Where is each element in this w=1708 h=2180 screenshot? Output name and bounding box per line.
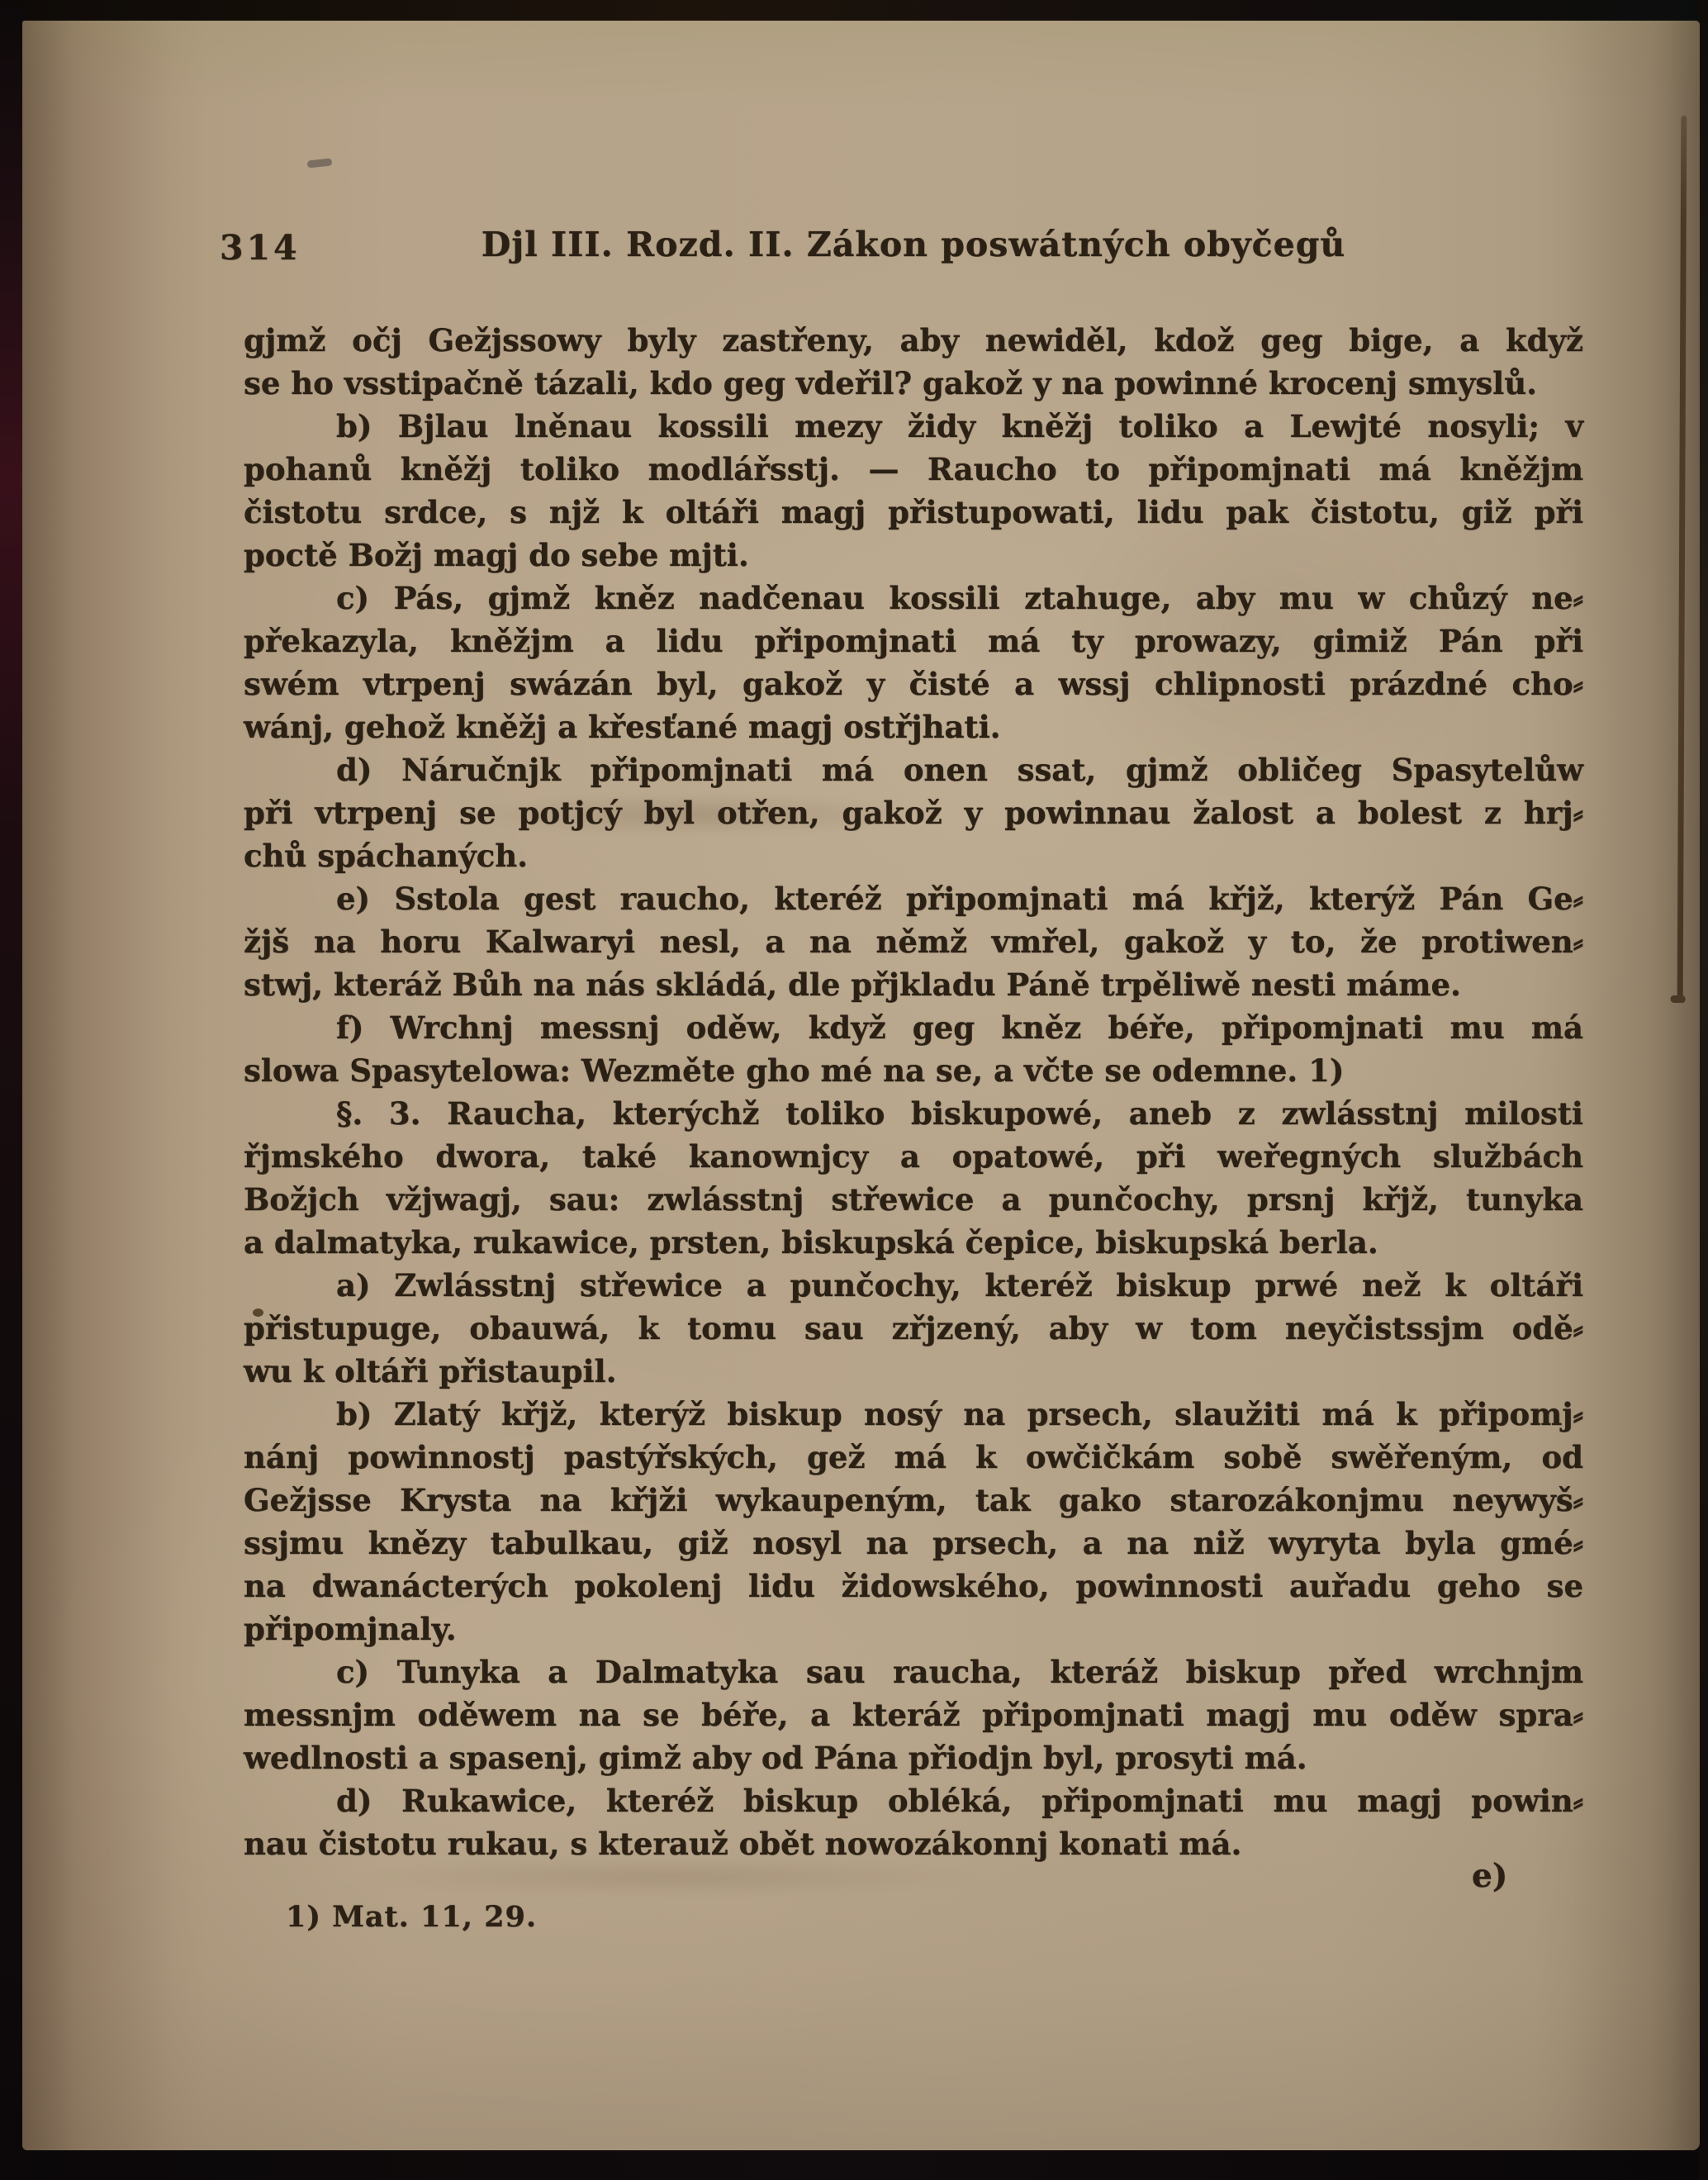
body-line: připomjnaly. <box>244 1608 1583 1650</box>
body-line: swém vtrpenj swázán byl, gakož y čisté a… <box>244 663 1583 705</box>
body-line: Božjch vžjwagj, sau: zwlásstnj střewice … <box>244 1178 1583 1221</box>
scan-edge-bottom <box>0 2147 1708 2180</box>
book-page-scan: 314 Djl III. Rozd. II. Zákon poswátných … <box>0 0 1708 2180</box>
body-line: Gežjsse Krysta na křjži wykaupeným, tak … <box>244 1479 1583 1522</box>
body-line: d) Rukawice, kteréž biskup obléká, připo… <box>244 1779 1583 1822</box>
body-line: čistotu srdce, s njž k oltáři magj přist… <box>244 491 1583 534</box>
body-line: §. 3. Raucha, kterýchž toliko biskupowé,… <box>244 1092 1583 1135</box>
body-line: slowa Spasytelowa: Wezměte gho mé na se,… <box>244 1049 1583 1092</box>
body-line: b) Zlatý křjž, kterýž biskup nosý na prs… <box>244 1393 1583 1436</box>
body-line: pohanů kněžj toliko modlářsstj. — Raucho… <box>244 448 1583 491</box>
body-line: stwj, kteráž Bůh na nás skládá, dle přjk… <box>244 963 1583 1006</box>
body-line: wedlnosti a spasenj, gimž aby od Pána př… <box>244 1736 1583 1779</box>
body-line: nánj powinnostj pastýřských, gež má k ow… <box>244 1436 1583 1479</box>
body-line: poctě Božj magj do sebe mjti. <box>244 534 1583 577</box>
body-line: e) Sstola gest raucho, kteréž připomjnat… <box>244 877 1583 920</box>
body-line: překazyla, kněžjm a lidu připomjnati má … <box>244 620 1583 663</box>
body-line: přistupuge, obauwá, k tomu sau zřjzený, … <box>244 1307 1583 1350</box>
body-line: f) Wrchnj messnj oděw, když geg kněz béř… <box>244 1006 1583 1049</box>
body-line: c) Pás, gjmž kněz nadčenau kossili ztahu… <box>244 577 1583 620</box>
body-line: řjmského dwora, také kanownjcy a opatowé… <box>244 1135 1583 1178</box>
scan-edge-top <box>0 0 1708 21</box>
body-line: b) Bjlau lněnau kossili mezy židy kněžj … <box>244 405 1583 448</box>
body-line: se ho vsstipačně tázali, kdo geg vdeřil?… <box>244 362 1583 405</box>
footnote: 1) Mat. 11, 29. <box>286 1900 537 1934</box>
running-header: Djl III. Rozd. II. Zákon poswátných obyč… <box>244 225 1583 264</box>
body-line: žjš na horu Kalwaryi nesl, a na němž vmř… <box>244 920 1583 963</box>
body-line: nau čistotu rukau, s kterauž obět nowozá… <box>244 1822 1583 1865</box>
body-line: chů spáchaných. <box>244 834 1583 877</box>
body-line: d) Náručnjk připomjnati má onen ssat, gj… <box>244 748 1583 791</box>
body-line: gjmž očj Gežjssowy byly zastřeny, aby ne… <box>244 319 1583 362</box>
body-line: při vtrpenj se potjcý byl otřen, gakož y… <box>244 791 1583 834</box>
body-line: a dalmatyka, rukawice, prsten, biskupská… <box>244 1221 1583 1264</box>
body-text: gjmž očj Gežjssowy byly zastřeny, aby ne… <box>244 319 1583 1865</box>
catchword: e) <box>1472 1857 1507 1895</box>
body-line: na dwanácterých pokolenj lidu židowského… <box>244 1565 1583 1608</box>
body-line: wu k oltáři přistaupil. <box>244 1350 1583 1393</box>
body-line: wánj, gehož kněžj a křesťané magj ostřjh… <box>244 705 1583 748</box>
body-line: c) Tunyka a Dalmatyka sau raucha, kteráž… <box>244 1650 1583 1693</box>
body-line: a) Zwlásstnj střewice a punčochy, kteréž… <box>244 1264 1583 1307</box>
body-line: messnjm oděwem na se béře, a kteráž přip… <box>244 1693 1583 1736</box>
body-line: ssjmu knězy tabulkau, giž nosyl na prsec… <box>244 1522 1583 1565</box>
scan-edge-left-binding <box>0 0 25 2180</box>
